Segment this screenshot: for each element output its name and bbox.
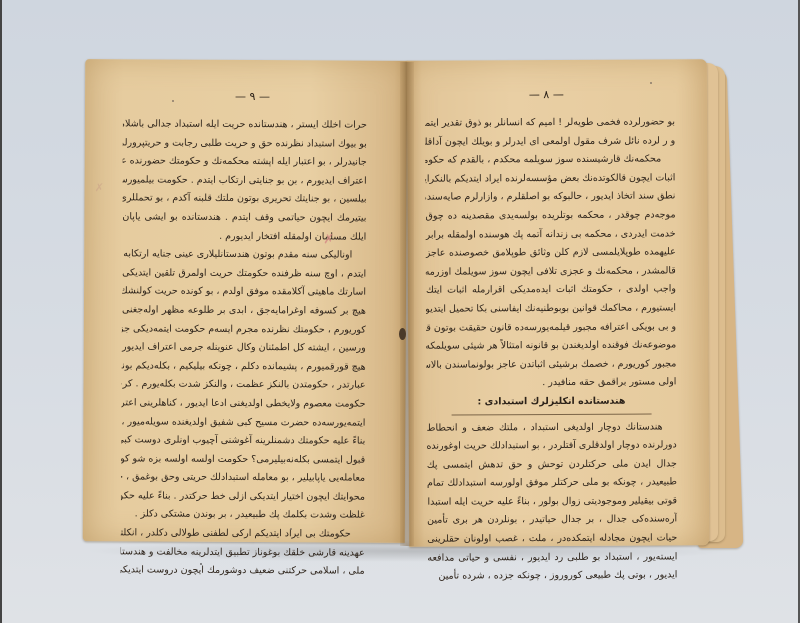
text-line: موضوعه‌نك فوقنده اولديغندن بو قانونه امت… bbox=[426, 337, 676, 357]
text-line: عهدينه قارشی خلقك بوغوناز تطبيق ايتدلرين… bbox=[121, 543, 365, 563]
text-line: جانيدرلر ، بو اعتبار ايله اپشته محكمه‌نك… bbox=[123, 153, 367, 173]
binding-hole bbox=[399, 328, 406, 340]
text-line: بناءً عليه حكومتك دشمنلرينه آغوشنی آچيوب… bbox=[121, 431, 365, 451]
text-line: جدال ايدن ملی حركتلردن توحش و حق تدهش اي… bbox=[427, 455, 677, 475]
text-line: دورلرنده دوچار اولدقلری آفتلردر ، بو است… bbox=[427, 436, 677, 456]
red-pen-mark: ✗ bbox=[323, 232, 334, 247]
text-line: اعتراف ايديورم ، بن بو جنايتی ارتكاب ايت… bbox=[123, 171, 367, 191]
text-line: حكومتك بی ايراد ايتديكم اركی لطفنی طولال… bbox=[121, 524, 365, 544]
text-line: مجبور كوريورم ، خصمك برشيئی اثباتدن عاجز… bbox=[426, 355, 676, 375]
text-line: و بی بويكی اعترافه مجبور قيلمه‌يورسه‌ده … bbox=[426, 318, 676, 338]
text-line: حكومت معصوم ولايخطی اولديغنی ادعا ايديور… bbox=[121, 394, 365, 414]
pen-mark: ✗ bbox=[95, 181, 104, 194]
left-page: — ٩ — ✗ حرات اخلك ايستر ، هندستانده حريت… bbox=[83, 59, 408, 543]
right-page: — ٨ — بو حضورلرده فخمی طويه‌لر ! اميم كه… bbox=[407, 59, 710, 547]
text-line: ورسين ، ايشته كل اطمئنان وكال عنوينله جر… bbox=[122, 338, 366, 358]
text-line: نطق سند اتخاذ ايديور ، حالبوكه بو اصلقلر… bbox=[425, 188, 675, 208]
text-line: اسارتك ماهيتی آكلامقده موفق اولدم ، بو ك… bbox=[122, 283, 366, 303]
text-line: هيچ بر كسوفه اوغرامايه‌جق ، ابدی بر طلوع… bbox=[122, 301, 366, 321]
text-line: قبول ايتمسی بكله‌نه‌بيليرمی؟ حكومت اولسه… bbox=[121, 450, 365, 470]
text-line: ايتمه‌يورسه‌ده حضرت مسيح كبی شفيق اولديغ… bbox=[121, 413, 365, 433]
text-line: قالمشدر ، محكمه‌نك و عجزی تلافی ايچون سو… bbox=[426, 262, 676, 282]
text-line: عبارتدر ، حكومتدن بالنكز عظمت ، والنكز ش… bbox=[122, 376, 366, 396]
text-line: واجب اولدی ، حكومتك اثبات ايده‌مديكی اقر… bbox=[426, 281, 676, 301]
text-line: اوناليكی سنه مقدم بوتون هندستانليلاری عي… bbox=[122, 246, 366, 266]
text-line: ايسته‌يور ، استبداد بو طلبی رد ايديور ، … bbox=[427, 548, 677, 568]
right-page-text: بو حضورلرده فخمی طويه‌لر ! اميم كه انسان… bbox=[425, 113, 677, 586]
text-line: ملی ، اسلامی حركتنی ضعيف دوشورمك ايچون د… bbox=[121, 562, 365, 582]
text-line: بيتيرمك ايچون حياتمی وقف ايتدم . هندستان… bbox=[122, 208, 366, 228]
text-line: عليهمده طوپلايلمسی لازم كلن وثائق طوپلام… bbox=[426, 244, 676, 264]
heading-underline bbox=[452, 413, 652, 415]
text-line: قوتی بيقيلير وموجوديتی زوال بولور ، بناء… bbox=[427, 492, 677, 512]
book-gutter bbox=[400, 62, 414, 546]
text-line: حرات اخلك ايستر ، هندستانده حريت ايله اس… bbox=[123, 115, 367, 135]
text-line: محكمه‌نك قارشيسنده سوز سويلمه محكدم ، با… bbox=[425, 151, 675, 171]
text-line: موجه‌دم چوقدر ، محكمه بوتلريده بولسه‌يدی… bbox=[425, 206, 675, 226]
text-line: هندستانك دوچار اولديغی استبداد ، ملتك ضع… bbox=[427, 418, 677, 438]
text-line: هيچ قورقمیورم ، پشيمانده دكلم ، چونكه بي… bbox=[122, 357, 366, 377]
left-page-text: حرات اخلك ايستر ، هندستانده حريت ايله اس… bbox=[121, 115, 367, 581]
text-line: بو حضورلرده فخمی طويه‌لر ! اميم كه انسان… bbox=[425, 113, 675, 133]
text-line: غلظت وشدت بكلمك پك طبيعيدر ، بر بوندن مش… bbox=[121, 506, 365, 526]
text-line: معامله‌يی ياپابيلير ، بو معامله استبدادل… bbox=[121, 469, 365, 489]
paper-speck bbox=[290, 528, 292, 530]
text-line: اولی مستور براقمق حقه منافيدر . bbox=[426, 374, 676, 394]
text-line: ايتدم ، اوچ سنه ظرفنده حكومتك حريت اولمر… bbox=[122, 264, 366, 284]
paper-speck bbox=[650, 82, 652, 84]
text-line: و ر لرده نائل شرف مقول اولمعی ای ايدرلر … bbox=[425, 132, 675, 152]
text-line: محوايتك ايچون اختيار ايتديكی ازلی خط حرك… bbox=[121, 487, 365, 507]
text-line: آره‌سنده‌كی جدال ، بر جدال حياتيدر ، بون… bbox=[427, 511, 677, 531]
text-line: ايديور ، بوتی پك طبيعی كوروروز ، چونكه ج… bbox=[427, 567, 677, 587]
text-line: خدمت ايدردی ، محكمه بی زندانه آتمه پك هو… bbox=[426, 225, 676, 245]
text-line: طبيعيدر ، چونكه بو ملی حركتلر موفق اولور… bbox=[427, 474, 677, 494]
section-heading: هندستانده انكليزلرك استبدادی : bbox=[426, 392, 676, 412]
text-line: بو بيوك استبداد نظرنده حق و حريت طلبی رج… bbox=[123, 134, 367, 154]
text-line: كوريورم ، حكومتك نظرنده مجرم ايسه‌م حكوم… bbox=[122, 320, 366, 340]
paper-speck bbox=[172, 100, 174, 102]
text-line: حيات ايچون مجادله ايتمكده‌در ، ملت ، غصب… bbox=[427, 529, 677, 549]
text-line: ايستيورم ، محاكمك قوانين بوبوطنيه‌نك ايف… bbox=[426, 299, 676, 319]
text-line: بيلسين ، بو جنايتك تحريری بوتون ملتك قلب… bbox=[122, 190, 366, 210]
page-number: — ٩ — bbox=[235, 90, 270, 103]
text-line: اثبات ايچون قالكوتده‌نك بعض مؤسسه‌لرنده … bbox=[425, 169, 675, 189]
page-number: — ٨ — bbox=[529, 88, 564, 101]
floor-speck bbox=[200, 563, 202, 565]
